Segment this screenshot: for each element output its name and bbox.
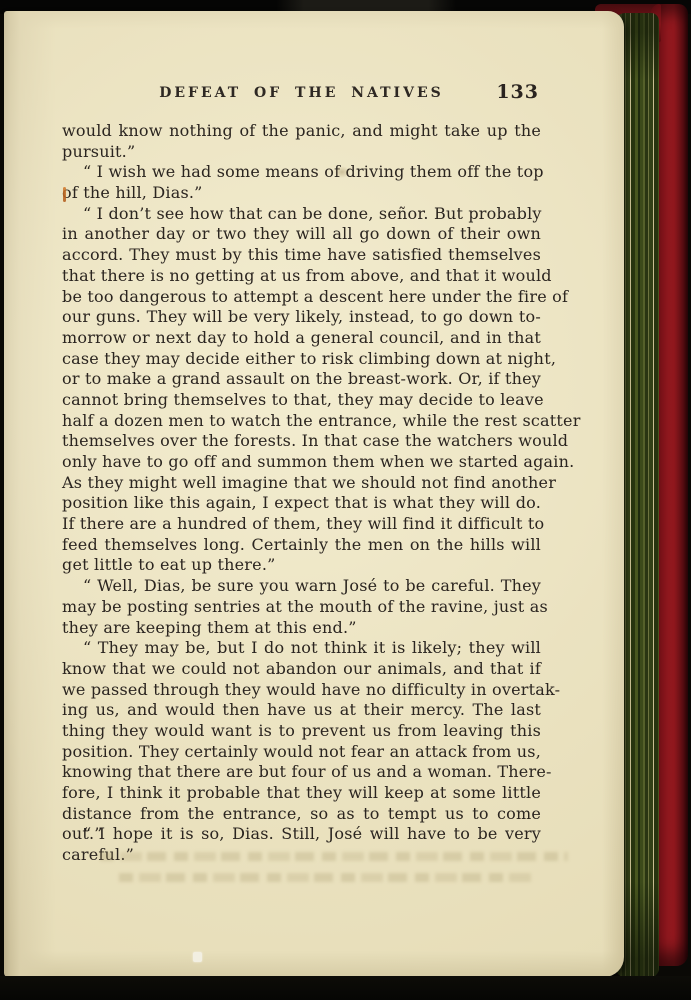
book-page: DEFEAT OF THE NATIVES 133 would know not…: [4, 11, 624, 977]
running-head-title: DEFEAT OF THE NATIVES: [62, 85, 541, 101]
text-line: only have to go off and summon them when…: [62, 452, 541, 473]
text-line: or to make a grand assault on the breast…: [62, 369, 541, 390]
text-line: fore, I think it probable that they will…: [62, 783, 541, 804]
text-line: may be posting sentries at the mouth of …: [62, 597, 541, 618]
text-line: be too dangerous to attempt a descent he…: [62, 287, 541, 308]
text-line: thing they would want is to prevent us f…: [62, 721, 541, 742]
page-number: 133: [496, 81, 539, 103]
text-line: pursuit.”: [62, 142, 541, 163]
text-line: that there is no getting at us from abov…: [62, 266, 541, 287]
text-line: If there are a hundred of them, they wil…: [62, 514, 541, 535]
page-content: DEFEAT OF THE NATIVES 133 would know not…: [62, 11, 541, 866]
scan-bottom-border: [0, 976, 691, 1000]
text-line: “ They may be, but I do not think it is …: [62, 638, 541, 659]
text-line: of the hill, Dias.”: [62, 183, 541, 204]
reverse-side-show-through: [100, 852, 568, 898]
text-line: As they might well imagine that we shoul…: [62, 473, 541, 494]
text-line: half a dozen men to watch the entrance, …: [62, 411, 541, 432]
text-line: we passed through they would have no dif…: [62, 680, 541, 701]
margin-pen-mark: [63, 187, 66, 202]
text-line: feed themselves long. Certainly the men …: [62, 535, 541, 556]
text-line: distance from the entrance, so as to tem…: [62, 804, 541, 825]
text-line: our guns. They will be very likely, inst…: [62, 307, 541, 328]
text-line: “ I don’t see how that can be done, seño…: [62, 204, 541, 225]
book-scan: DEFEAT OF THE NATIVES 133 would know not…: [0, 0, 691, 1000]
text-line: position like this again, I expect that …: [62, 493, 541, 514]
ghost-text-line: [100, 852, 568, 861]
text-line: in another day or two they will all go d…: [62, 224, 541, 245]
text-line: they are keeping them at this end.”: [62, 618, 541, 639]
text-line: case they may decide either to risk clim…: [62, 349, 541, 370]
text-line: ing us, and would then have us at their …: [62, 700, 541, 721]
text-line: morrow or next day to hold a general cou…: [62, 328, 541, 349]
page-header: DEFEAT OF THE NATIVES 133: [62, 85, 541, 107]
text-line: themselves over the forests. In that cas…: [62, 431, 541, 452]
page-text: would know nothing of the panic, and mig…: [62, 121, 541, 866]
text-line: accord. They must by this time have sati…: [62, 245, 541, 266]
text-line: “ Well, Dias, be sure you warn José to b…: [62, 576, 541, 597]
text-line: know that we could not abandon our anima…: [62, 659, 541, 680]
ghost-text-line: [119, 873, 531, 882]
text-line: “ I hope it is so, Dias. Still, José wil…: [62, 824, 541, 845]
text-line: get little to eat up there.”: [62, 555, 541, 576]
text-line: cannot bring themselves to that, they ma…: [62, 390, 541, 411]
paper-stain: [334, 166, 350, 178]
text-line: “ I wish we had some means of driving th…: [62, 162, 541, 183]
text-line: would know nothing of the panic, and mig…: [62, 121, 541, 142]
scan-speck: [193, 952, 202, 962]
text-line: position. They certainly would not fear …: [62, 742, 541, 763]
text-line: knowing that there are but four of us an…: [62, 762, 541, 783]
